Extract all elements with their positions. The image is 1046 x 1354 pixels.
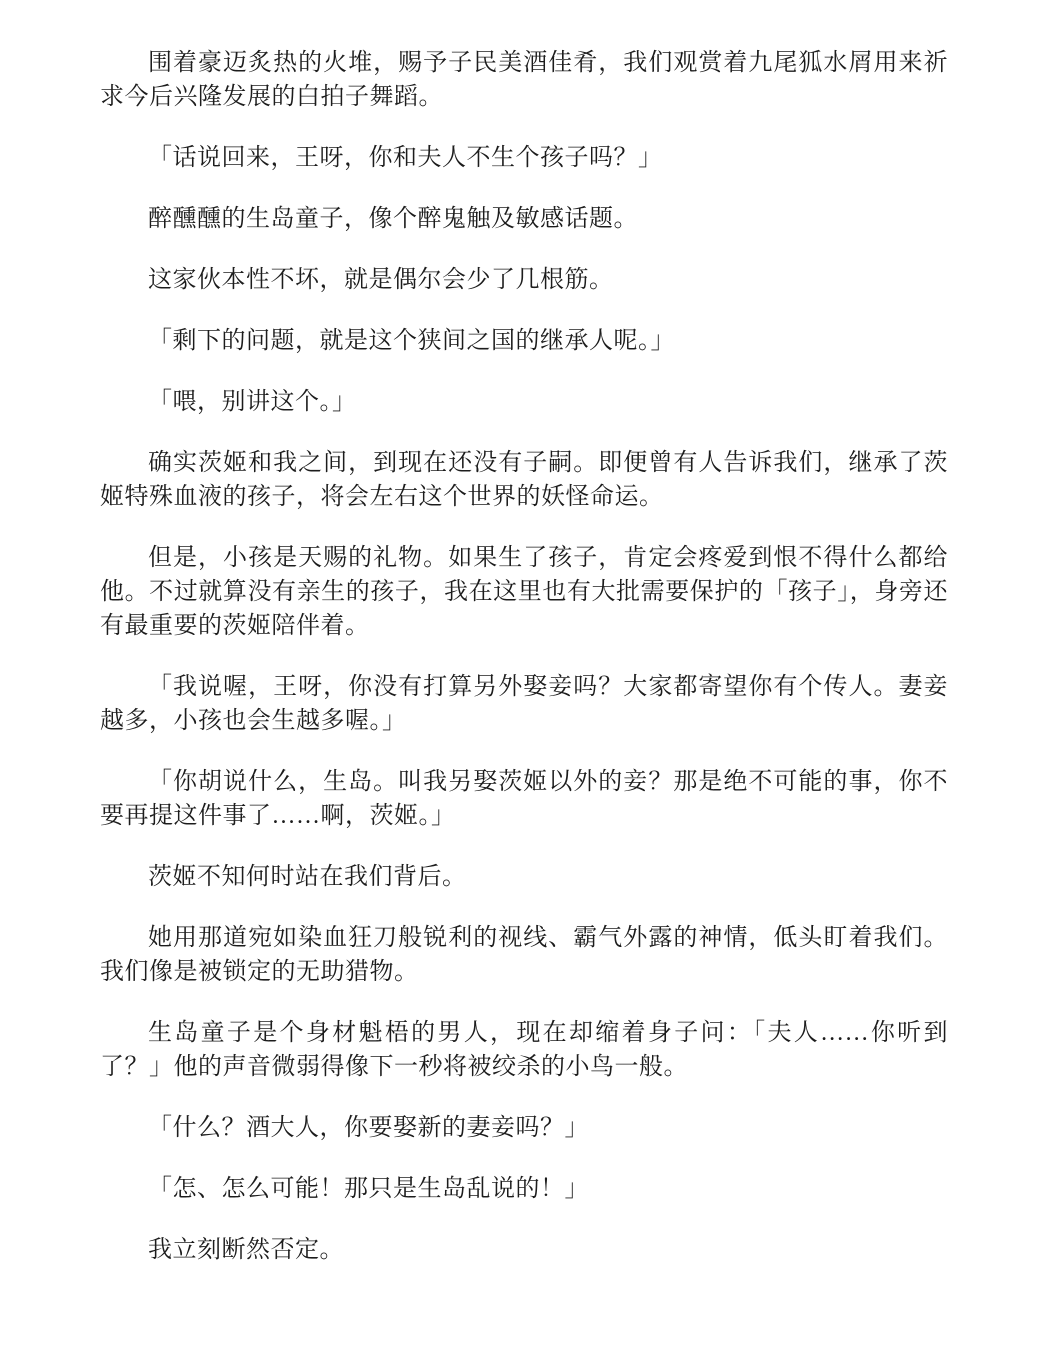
paragraph-narration-child-gift: 但是，小孩是天赐的礼物。如果生了孩子，肯定会疼爱到恨不得什么都给他。不过就算没有…: [100, 541, 948, 643]
paragraph-narration-no-offspring: 确实茨姬和我之间，到现在还没有子嗣。即便曾有人告诉我们，继承了茨姬特殊血液的孩子…: [100, 446, 948, 514]
paragraph-narration-ibaraki-behind: 茨姬不知何时站在我们背后。: [100, 860, 948, 894]
paragraph-dialogue-denial: 「怎、怎么可能！那只是生岛乱说的！」: [100, 1172, 948, 1206]
paragraph-dialogue-no-child-question: 「话说回来，王呀，你和夫人不生个孩子吗？」: [100, 141, 948, 175]
paragraph-narration-drunk-ikushima: 醉醺醺的生岛童子，像个醉鬼触及敏感话题。: [100, 202, 948, 236]
paragraph-narration-sharp-gaze: 她用那道宛如染血狂刀般锐利的视线、霸气外露的神情，低头盯着我们。我们像是被锁定的…: [100, 921, 948, 989]
paragraph-dialogue-refusal: 「你胡说什么，生岛。叫我另娶茨姬以外的妾？那是绝不可能的事，你不要再提这件事了……: [100, 765, 948, 833]
paragraph-narration-ikushima-shrinks: 生岛童子是个身材魁梧的男人，现在却缩着身子问：「夫人……你听到了？」他的声音微弱…: [100, 1016, 948, 1084]
paragraph-dialogue-heir-problem: 「剩下的问题，就是这个狭间之国的继承人呢。」: [100, 324, 948, 358]
paragraph-dialogue-take-concubines: 「我说喔，王呀，你没有打算另外娶妾吗？大家都寄望你有个传人。妻妾越多，小孩也会生…: [100, 670, 948, 738]
paragraph-dialogue-new-wife-question: 「什么？酒大人，你要娶新的妻妾吗？」: [100, 1111, 948, 1145]
paragraph-narration-bonfire: 围着豪迈炙热的火堆，赐予子民美酒佳肴，我们观赏着九尾狐水屑用来祈求今后兴隆发展的…: [100, 46, 948, 114]
paragraph-dialogue-stop-topic: 「喂，别讲这个。」: [100, 385, 948, 419]
paragraph-narration-flat-denial: 我立刻断然否定。: [100, 1233, 948, 1267]
document-page: 围着豪迈炙热的火堆，赐予子民美酒佳肴，我们观赏着九尾狐水屑用来祈求今后兴隆发展的…: [0, 0, 1046, 1354]
paragraph-narration-good-nature: 这家伙本性不坏，就是偶尔会少了几根筋。: [100, 263, 948, 297]
